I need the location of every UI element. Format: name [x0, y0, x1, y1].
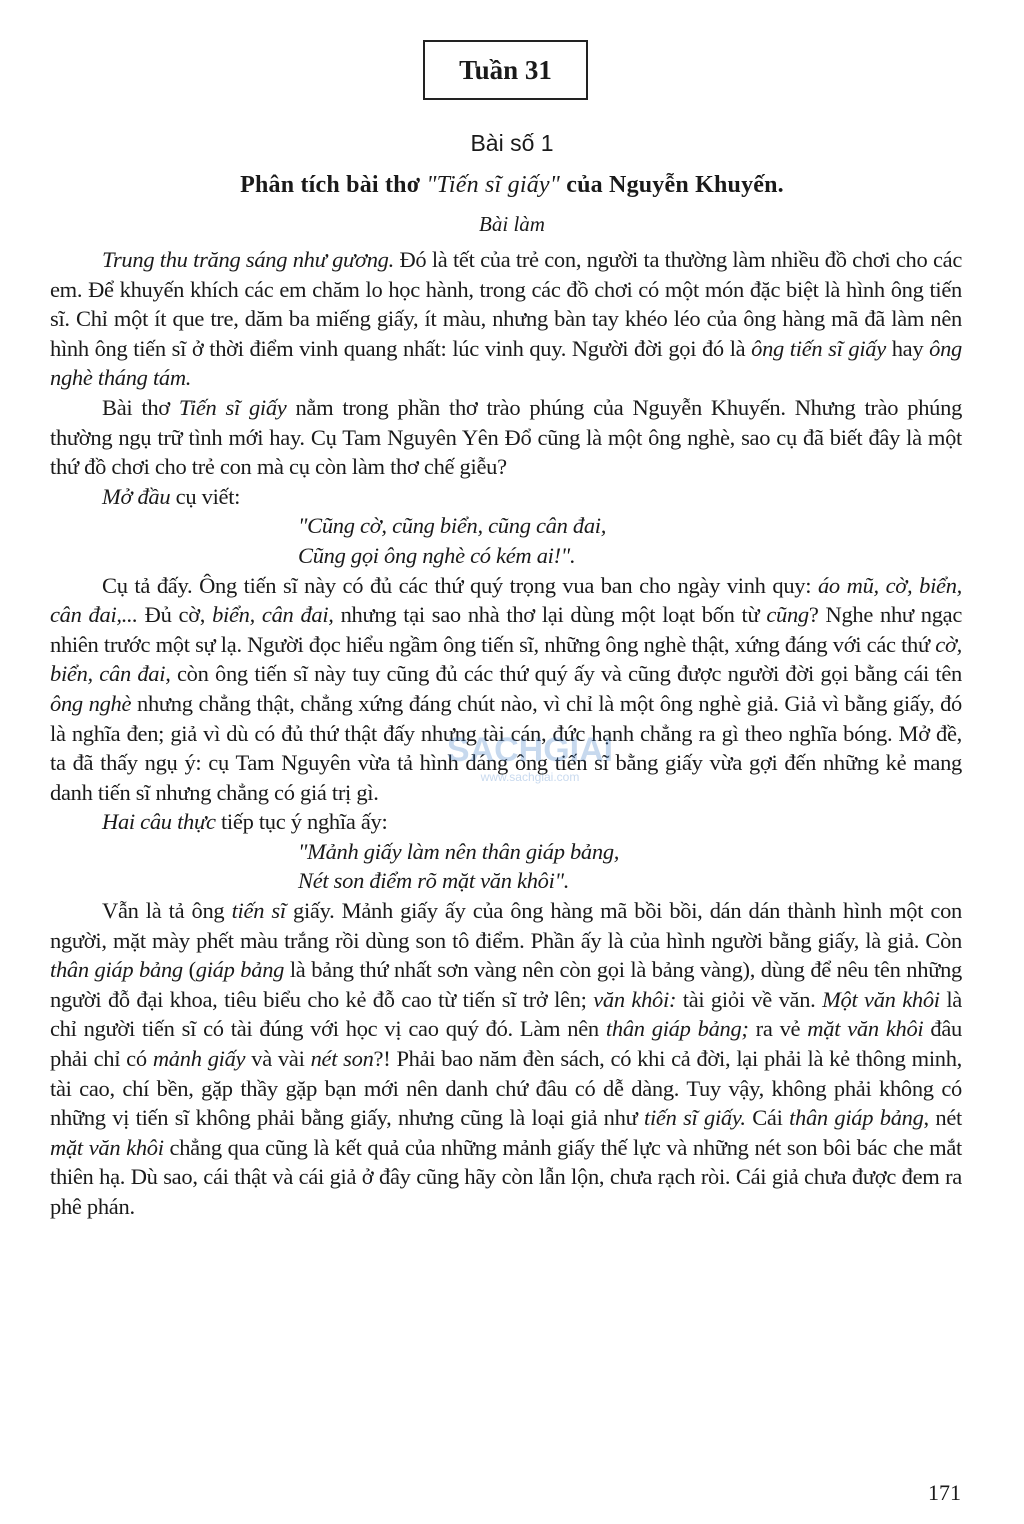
- italic-text: Hai câu thực: [102, 809, 216, 834]
- text: nhưng tại sao nhà thơ lại dùng một loạt …: [334, 602, 767, 627]
- italic-text: Tiến sĩ giấy: [179, 395, 287, 420]
- text: Nét son điểm rõ mặt văn khôi".: [298, 868, 569, 893]
- italic-text: văn khôi:: [593, 987, 676, 1012]
- italic-text: Mở đầu: [102, 484, 170, 509]
- text: cụ viết:: [170, 484, 240, 509]
- text: nhưng chẳng thật, chẳng xứng đáng chút n…: [50, 691, 962, 805]
- title-prefix: Phân tích bài thơ: [240, 172, 426, 198]
- essay-paragraph: Cụ tả đấy. Ông tiến sĩ này có đủ các thứ…: [50, 571, 962, 808]
- italic-text: thân giáp bảng: [50, 957, 183, 982]
- essay-subtitle: Bài làm: [0, 212, 1024, 237]
- title-poem-name: "Tiến sĩ giấy": [426, 172, 560, 198]
- italic-text: mảnh giấy: [153, 1046, 245, 1071]
- text: "Cũng cờ, cũng biển, cũng cân đai,: [298, 513, 606, 538]
- italic-text: Một văn khôi: [822, 987, 940, 1012]
- essay-paragraph: Mở đầu cụ viết:: [50, 482, 962, 512]
- essay-body: Trung thu trăng sáng như gương. Đó là tế…: [50, 245, 962, 1222]
- text: và vài: [245, 1046, 310, 1071]
- italic-text: thân giáp bảng: [789, 1105, 923, 1130]
- text: còn ông tiến sĩ này tuy cũng đủ các thứ …: [171, 661, 962, 686]
- italic-text: tiến sĩ giấy.: [644, 1105, 746, 1130]
- text: "Mảnh giấy làm nên thân giáp bảng,: [298, 839, 619, 864]
- italic-text: ông tiến sĩ giấy: [751, 336, 886, 361]
- poem-verse-line: "Cũng cờ, cũng biển, cũng cân đai,: [50, 511, 962, 541]
- italic-text: ông nghè: [50, 691, 131, 716]
- poem-verse-line: "Mảnh giấy làm nên thân giáp bảng,: [50, 837, 962, 867]
- italic-text: mặt văn khôi: [50, 1135, 164, 1160]
- text: ra vẻ: [749, 1016, 808, 1041]
- week-label: Tuần 31: [459, 55, 552, 86]
- italic-text: cũng: [766, 602, 809, 627]
- text: (: [183, 957, 196, 982]
- essay-paragraph: Hai câu thực tiếp tục ý nghĩa ấy:: [50, 807, 962, 837]
- text: Đủ cờ,: [138, 602, 212, 627]
- poem-verse-line: Cũng gọi ông nghè có kém ai!".: [50, 541, 962, 571]
- italic-text: mặt văn khôi: [807, 1016, 923, 1041]
- text: Vẫn là tả ông: [102, 898, 232, 923]
- text: tiếp tục ý nghĩa ấy:: [216, 809, 388, 834]
- poem-verse-line: Nét son điểm rõ mặt văn khôi".: [50, 866, 962, 896]
- italic-text: tiến sĩ: [232, 898, 286, 923]
- page-number: 171: [928, 1480, 961, 1506]
- essay-title: Phân tích bài thơ "Tiến sĩ giấy" của Ngu…: [0, 172, 1024, 199]
- week-label-box: Tuần 31: [423, 40, 588, 100]
- italic-text: biển, cân đai,: [212, 602, 334, 627]
- italic-text: thân giáp bảng;: [606, 1016, 749, 1041]
- text: chẳng qua cũng là kết quả của những mảnh…: [50, 1135, 962, 1219]
- italic-text: giáp bảng: [196, 957, 284, 982]
- italic-text: nét son: [311, 1046, 374, 1071]
- text: Bài thơ: [102, 395, 179, 420]
- text: Cụ tả đấy. Ông tiến sĩ này có đủ các thứ…: [102, 573, 818, 598]
- text: hay: [886, 336, 929, 361]
- italic-text: Trung thu trăng sáng như gương.: [102, 247, 394, 272]
- text: , nét: [924, 1105, 962, 1130]
- text: Cái: [746, 1105, 789, 1130]
- text: Cũng gọi ông nghè có kém ai!".: [298, 543, 575, 568]
- essay-paragraph: Trung thu trăng sáng như gương. Đó là tế…: [50, 245, 962, 393]
- essay-paragraph: Vẫn là tả ông tiến sĩ giấy. Mảnh giấy ấy…: [50, 896, 962, 1222]
- essay-paragraph: Bài thơ Tiến sĩ giấy nằm trong phần thơ …: [50, 393, 962, 482]
- title-suffix: của Nguyễn Khuyến.: [560, 172, 784, 198]
- text: tài giỏi về văn.: [676, 987, 822, 1012]
- lesson-number: Bài số 1: [0, 130, 1024, 157]
